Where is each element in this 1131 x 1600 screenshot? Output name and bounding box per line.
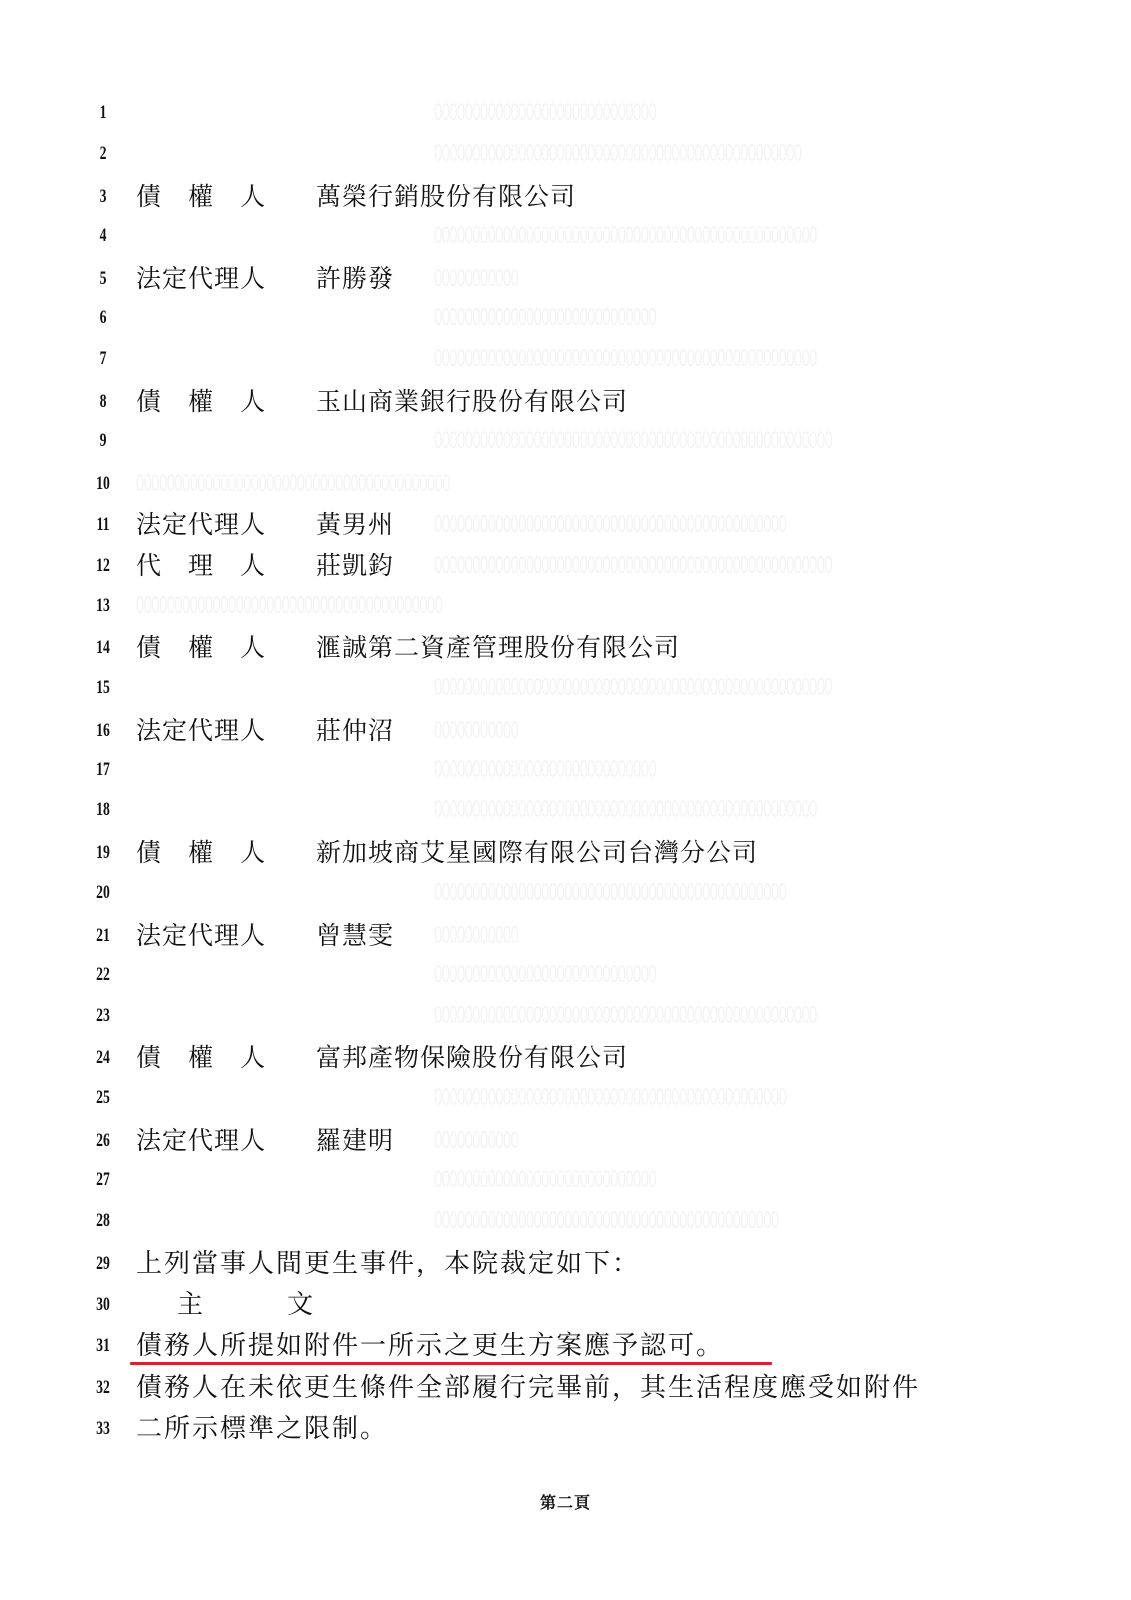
document-line: 7 00000000000000000000000000000000000000… <box>0 339 1131 379</box>
party-name: 萬榮行銷股份有限公司 <box>316 177 576 217</box>
party-role-label: 債 權 人 <box>136 628 266 668</box>
document-line: 18 0000000000000000000000000000000000000… <box>0 790 1131 830</box>
redacted-text: 0000000000000000000000000000000000000000… <box>434 546 832 586</box>
document-line: 13 0000000000000000000000000000000000000… <box>0 586 1131 626</box>
party-name: 許勝發 <box>316 259 394 299</box>
redacted-text: 0000000000000000000000000000000000000000… <box>136 464 450 504</box>
section-heading-main-text: 主 文 <box>136 1285 315 1325</box>
document-line: 27 00000000000000000000000000000 <box>0 1160 1131 1200</box>
redacted-text: 0000000000000000000000000000000000000000… <box>434 421 832 461</box>
party-role-label: 法定代理人 <box>136 505 266 545</box>
document-line: 32 債務人在未依更生條件全部履行完畢前，其生活程度應受如附件 <box>0 1368 1131 1408</box>
party-role-label: 法定代理人 <box>136 1121 266 1161</box>
document-line: 30 主 文 <box>0 1285 1131 1325</box>
document-line: 31 債務人所提如附件一所示之更生方案應予認可。 <box>0 1326 1131 1366</box>
redacted-text: 0000000000000000000000000000000000000000… <box>434 216 817 256</box>
line-number: 15 <box>91 668 115 708</box>
party-role-label: 債 權 人 <box>136 382 266 422</box>
document-line: 11 法定代理人 黃男州 000000000000000000000000000… <box>0 505 1131 545</box>
document-line: 6 00000000000000000000000000000 <box>0 298 1131 338</box>
document-line: 19 債 權 人 新加坡商艾星國際有限公司台灣分公司 <box>0 833 1131 873</box>
party-role-label: 法定代理人 <box>136 711 266 751</box>
redacted-text: 0000000000000000000000000000000000000000… <box>434 1201 779 1241</box>
party-role-label: 債 權 人 <box>136 177 266 217</box>
party-role-label: 法定代理人 <box>136 916 266 956</box>
line-number: 23 <box>91 996 115 1036</box>
line-number: 21 <box>91 916 115 956</box>
document-line: 28 0000000000000000000000000000000000000… <box>0 1201 1131 1241</box>
redacted-text: 00000000000000000000000000000 <box>434 93 656 133</box>
line-number: 25 <box>91 1078 115 1118</box>
redacted-text: 0000000000000000000000000000000000000000 <box>136 586 442 626</box>
redacted-text: 0000000000000000000000000000000000000000… <box>434 996 817 1036</box>
document-line: 14 債 權 人 滙誠第二資產管理股份有限公司 <box>0 628 1131 668</box>
agent-name: 莊凱鈞 <box>316 546 394 586</box>
redacted-text: 00000000000 <box>434 1121 518 1161</box>
party-name: 曾慧雯 <box>316 916 394 956</box>
document-line: 4 00000000000000000000000000000000000000… <box>0 216 1131 256</box>
line-number: 27 <box>91 1160 115 1200</box>
document-page: 1 00000000000000000000000000000 2 000000… <box>0 0 1131 1600</box>
document-line: 1 00000000000000000000000000000 <box>0 93 1131 133</box>
ruling-clause-1: 債務人所提如附件一所示之更生方案應予認可。 <box>136 1326 724 1366</box>
line-number: 33 <box>91 1409 115 1449</box>
redacted-text: 00000000000000000000000000000 <box>434 955 656 995</box>
redacted-text: 0000000000000000000000000000000000000000… <box>434 134 801 174</box>
document-line: 20 0000000000000000000000000000000000000… <box>0 873 1131 913</box>
line-number: 9 <box>91 421 115 461</box>
document-line: 3 債 權 人 萬榮行銷股份有限公司 <box>0 177 1131 217</box>
party-name: 玉山商業銀行股份有限公司 <box>316 382 628 422</box>
redacted-text: 0000000000000000000000000000000000000000… <box>434 505 786 545</box>
line-number: 16 <box>91 711 115 751</box>
party-role-label: 債 權 人 <box>136 1038 266 1078</box>
line-number: 8 <box>91 382 115 422</box>
redacted-text: 0000000000000000000000000000000000000000… <box>434 339 817 379</box>
redacted-text: 0000000000000000000000000000000000000000… <box>434 668 832 708</box>
line-number: 29 <box>91 1244 115 1284</box>
line-number: 3 <box>91 177 115 217</box>
redacted-text: 00000000000 <box>434 259 518 299</box>
document-line: 16 法定代理人 莊仲沼 00000000000 <box>0 711 1131 751</box>
party-name: 黃男州 <box>316 505 394 545</box>
document-line: 21 法定代理人 曾慧雯 00000000000 <box>0 916 1131 956</box>
line-number: 7 <box>91 339 115 379</box>
agent-role-label: 代 理 人 <box>136 546 266 586</box>
document-line: 15 0000000000000000000000000000000000000… <box>0 668 1131 708</box>
document-line: 12 代 理 人 莊凱鈞 000000000000000000000000000… <box>0 546 1131 586</box>
party-role-label: 債 權 人 <box>136 833 266 873</box>
line-number: 31 <box>91 1326 115 1366</box>
line-number: 12 <box>91 546 115 586</box>
red-underline-annotation <box>130 1362 772 1365</box>
document-line: 5 法定代理人 許勝發 00000000000 <box>0 259 1131 299</box>
page-number-footer: 第二頁 <box>0 1490 1131 1513</box>
party-name: 羅建明 <box>316 1121 394 1161</box>
ruling-clause-2-continued: 二所示標準之限制。 <box>136 1409 388 1449</box>
document-line: 25 0000000000000000000000000000000000000… <box>0 1078 1131 1118</box>
line-number: 18 <box>91 790 115 830</box>
ruling-clause-2: 債務人在未依更生條件全部履行完畢前，其生活程度應受如附件 <box>136 1368 920 1408</box>
line-number: 24 <box>91 1038 115 1078</box>
redacted-text: 0000000000000000000000000000000000000000… <box>434 1078 786 1118</box>
line-number: 11 <box>91 505 115 545</box>
line-number: 13 <box>91 586 115 626</box>
document-line: 23 0000000000000000000000000000000000000… <box>0 996 1131 1036</box>
line-number: 14 <box>91 628 115 668</box>
document-line: 17 00000000000000000000000000000 <box>0 750 1131 790</box>
party-name: 莊仲沼 <box>316 711 394 751</box>
document-line: 33 二所示標準之限制。 <box>0 1409 1131 1449</box>
line-number: 26 <box>91 1121 115 1161</box>
line-number: 22 <box>91 955 115 995</box>
redacted-text: 0000000000000000000000000000000000000000… <box>434 873 786 913</box>
line-number: 5 <box>91 259 115 299</box>
document-line: 24 債 權 人 富邦產物保險股份有限公司 <box>0 1038 1131 1078</box>
line-number: 1 <box>91 93 115 133</box>
party-name: 滙誠第二資產管理股份有限公司 <box>316 628 680 668</box>
document-line: 22 00000000000000000000000000000 <box>0 955 1131 995</box>
redacted-text: 00000000000 <box>434 916 518 956</box>
party-name: 富邦產物保險股份有限公司 <box>316 1038 628 1078</box>
party-name: 新加坡商艾星國際有限公司台灣分公司 <box>316 833 758 873</box>
redacted-text: 00000000000000000000000000000 <box>434 1160 656 1200</box>
line-number: 19 <box>91 833 115 873</box>
redacted-text: 0000000000000000000000000000000000000000… <box>434 790 817 830</box>
document-line: 29 上列當事人間更生事件，本院裁定如下： <box>0 1244 1131 1284</box>
document-line: 2 00000000000000000000000000000000000000… <box>0 134 1131 174</box>
document-line: 8 債 權 人 玉山商業銀行股份有限公司 <box>0 382 1131 422</box>
document-line: 9 00000000000000000000000000000000000000… <box>0 421 1131 461</box>
redacted-text: 00000000000 <box>434 711 518 751</box>
line-number: 2 <box>91 134 115 174</box>
line-number: 4 <box>91 216 115 256</box>
document-line: 26 法定代理人 羅建明 00000000000 <box>0 1121 1131 1161</box>
line-number: 30 <box>91 1285 115 1325</box>
line-number: 20 <box>91 873 115 913</box>
ruling-intro: 上列當事人間更生事件，本院裁定如下： <box>136 1244 640 1284</box>
redacted-text: 00000000000000000000000000000 <box>434 750 656 790</box>
line-number: 28 <box>91 1201 115 1241</box>
line-number: 6 <box>91 298 115 338</box>
redacted-text: 00000000000000000000000000000 <box>434 298 656 338</box>
document-line: 10 0000000000000000000000000000000000000… <box>0 464 1131 504</box>
line-number: 32 <box>91 1368 115 1408</box>
line-number: 17 <box>91 750 115 790</box>
line-number: 10 <box>91 464 115 504</box>
party-role-label: 法定代理人 <box>136 259 266 299</box>
